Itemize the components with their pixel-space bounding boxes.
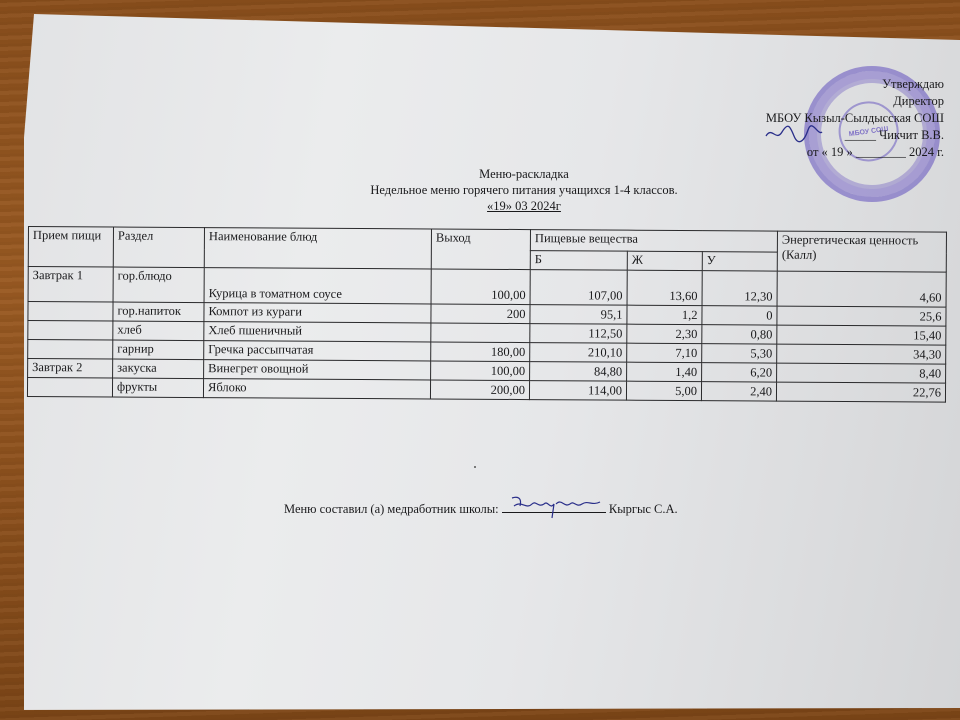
signature-line <box>502 500 606 513</box>
approval-position: Директор <box>766 93 944 110</box>
energy-cell: 22,76 <box>776 382 945 402</box>
composed-by-label: Меню составил (а) медработник школы: <box>284 502 499 516</box>
carbs-cell: 5,30 <box>702 344 777 363</box>
carbs-cell: 2,40 <box>701 382 776 401</box>
dish-cell: Винегрет овощной <box>204 360 431 380</box>
approval-date: от « 19 » ________ 2024 г. <box>766 144 944 161</box>
dish-cell: Компот из кураги <box>204 303 431 323</box>
energy-cell: 15,40 <box>777 325 946 345</box>
energy-cell: 8,40 <box>777 363 946 383</box>
document-date: «19» 03 2024г <box>314 198 734 214</box>
fat-cell: 5,00 <box>626 381 701 400</box>
fat-cell: 7,10 <box>627 343 702 362</box>
section-cell: гор.блюдо <box>113 267 204 303</box>
yield-cell: 100,00 <box>431 269 530 305</box>
approval-signatory: _____ Чикчит В.В. <box>766 127 944 144</box>
document-title: Меню-раскладка <box>314 166 734 182</box>
document-page: МБОУ СОШ Утверждаю Директор МБОУ Кызыл-С… <box>24 14 960 710</box>
section-cell: фрукты <box>112 378 203 398</box>
header-yield: Выход <box>431 229 530 270</box>
protein-cell: 95,1 <box>530 305 627 325</box>
section-cell: закуска <box>113 359 204 379</box>
document-subtitle: Недельное меню горячего питания учащихся… <box>314 182 734 198</box>
energy-cell: 4,60 <box>777 271 946 307</box>
table-row: Завтрак 1гор.блюдоКурица в томатном соус… <box>28 267 946 308</box>
menu-table: Прием пищи Раздел Наименование блюд Выхо… <box>27 226 947 403</box>
medic-signature-icon <box>508 492 604 522</box>
meal-cell <box>28 321 113 341</box>
fat-cell: 1,40 <box>627 362 702 381</box>
dish-cell: Курица в томатном соусе <box>204 268 431 304</box>
header-dish: Наименование блюд <box>204 228 431 269</box>
meal-cell <box>27 378 112 398</box>
header-carbs: У <box>702 252 777 271</box>
section-cell: хлеб <box>113 321 204 341</box>
approval-heading: Утверждаю <box>766 76 944 93</box>
dish-cell: Гречка рассыпчатая <box>204 341 431 361</box>
section-cell: гор.напиток <box>113 302 204 322</box>
yield-cell: 200,00 <box>430 380 529 400</box>
yield-cell: 200 <box>431 304 530 324</box>
yield-cell: 180,00 <box>431 342 530 362</box>
meal-cell <box>28 340 113 360</box>
document-title-block: Меню-раскладка Недельное меню горячего п… <box>314 166 734 214</box>
protein-cell: 84,80 <box>530 362 627 382</box>
fat-cell: 13,60 <box>627 270 702 305</box>
carbs-cell: 0 <box>702 306 777 325</box>
header-energy: Энергетическая ценность (Калл) <box>777 231 946 272</box>
approval-school: МБОУ Кызыл-Сылдысская СОШ <box>766 110 944 127</box>
protein-cell: 112,50 <box>530 324 627 344</box>
composer-name: Кыргыс С.А. <box>609 502 678 516</box>
meal-cell: Завтрак 2 <box>28 359 113 379</box>
dish-cell: Яблоко <box>203 379 430 399</box>
meal-cell: Завтрак 1 <box>28 267 113 303</box>
energy-cell: 25,6 <box>777 306 946 326</box>
carbs-cell: 6,20 <box>702 363 777 382</box>
approval-block: Утверждаю Директор МБОУ Кызыл-Сылдысская… <box>766 76 944 161</box>
yield-cell <box>431 323 530 343</box>
protein-cell: 210,10 <box>530 343 627 363</box>
energy-cell: 34,30 <box>777 344 946 364</box>
section-cell: гарнир <box>113 340 204 360</box>
paper-speck <box>474 466 476 468</box>
carbs-cell: 0,80 <box>702 325 777 344</box>
header-nutrients: Пищевые вещества <box>530 230 777 253</box>
table-header-row: Прием пищи Раздел Наименование блюд Выхо… <box>28 227 946 254</box>
dish-cell: Хлеб пшеничный <box>204 322 431 342</box>
protein-cell: 114,00 <box>529 381 626 401</box>
header-section: Раздел <box>113 227 204 268</box>
header-protein: Б <box>530 251 627 271</box>
fat-cell: 1,2 <box>627 305 702 324</box>
carbs-cell: 12,30 <box>702 271 777 306</box>
meal-cell <box>28 302 113 322</box>
protein-cell: 107,00 <box>530 270 627 306</box>
yield-cell: 100,00 <box>431 361 530 381</box>
header-fat: Ж <box>627 251 702 270</box>
fat-cell: 2,30 <box>627 324 702 343</box>
header-meal: Прием пищи <box>28 227 113 268</box>
composed-by-line: Меню составил (а) медработник школы: Кыр… <box>284 500 678 517</box>
